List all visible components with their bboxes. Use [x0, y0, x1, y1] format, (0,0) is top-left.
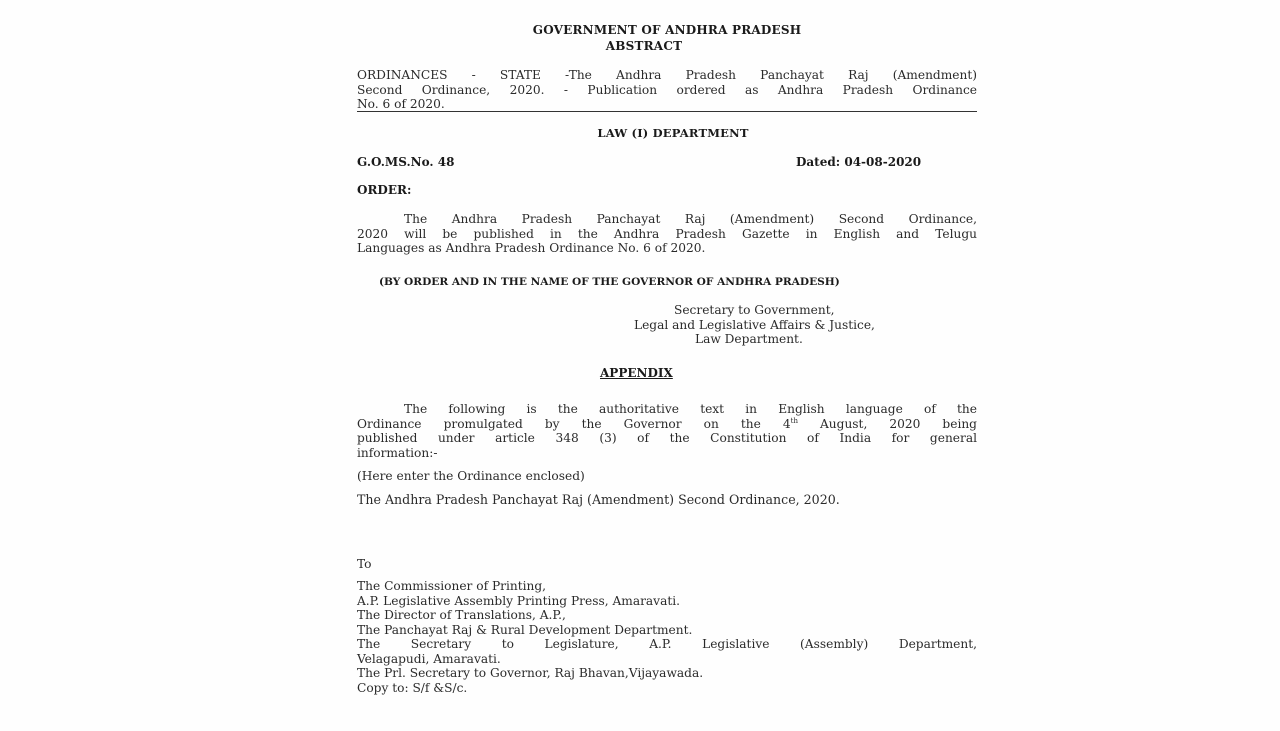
- appendix-paragraph: The following is the authoritative text …: [357, 402, 977, 460]
- government-heading: GOVERNMENT OF ANDHRA PRADESH: [357, 23, 977, 37]
- go-number: G.O.MS.No. 48: [357, 155, 454, 169]
- appendix-line: information:-: [357, 446, 977, 461]
- abstract-line: ORDINANCES - STATE -The Andhra Pradesh P…: [357, 68, 977, 83]
- to-label: To: [357, 557, 372, 572]
- recipient-list: The Commissioner of Printing, A.P. Legis…: [357, 579, 977, 695]
- appendix-line: Ordinance promulgated by the Governor on…: [357, 417, 977, 432]
- appendix-heading: APPENDIX: [600, 366, 673, 380]
- appendix-line: published under article 348 (3) of the C…: [357, 431, 977, 446]
- abstract-line: No. 6 of 2020.: [357, 97, 977, 112]
- order-line: 2020 will be published in the Andhra Pra…: [357, 227, 977, 242]
- appendix-line-part: August, 2020 being: [798, 417, 977, 431]
- recipient: Velagapudi, Amaravati.: [357, 652, 977, 667]
- go-date: Dated: 04-08-2020: [796, 155, 921, 169]
- signatory-line-1: Secretary to Government,: [674, 303, 835, 318]
- order-heading: ORDER:: [357, 183, 411, 197]
- order-line: The Andhra Pradesh Panchayat Raj (Amendm…: [357, 212, 977, 227]
- abstract-subject: ORDINANCES - STATE -The Andhra Pradesh P…: [357, 68, 977, 112]
- order-line: Languages as Andhra Pradesh Ordinance No…: [357, 241, 977, 256]
- order-paragraph: The Andhra Pradesh Panchayat Raj (Amendm…: [357, 212, 977, 256]
- ordinance-title: The Andhra Pradesh Panchayat Raj (Amendm…: [357, 493, 840, 508]
- abstract-line: Second Ordinance, 2020. - Publication or…: [357, 83, 977, 98]
- recipient: A.P. Legislative Assembly Printing Press…: [357, 594, 977, 609]
- recipient: The Panchayat Raj & Rural Development De…: [357, 623, 977, 638]
- by-order-statement: (BY ORDER AND IN THE NAME OF THE GOVERNO…: [379, 276, 840, 288]
- horizontal-rule: [357, 111, 977, 112]
- copy-to: Copy to: S/f &S/c.: [357, 681, 977, 696]
- appendix-line: The following is the authoritative text …: [357, 402, 977, 417]
- ordinal-suffix: th: [791, 417, 798, 425]
- recipient: The Secretary to Legislature, A.P. Legis…: [357, 637, 977, 652]
- signatory-line-3: Law Department.: [695, 332, 803, 347]
- signatory-line-2: Legal and Legislative Affairs & Justice,: [634, 318, 875, 333]
- department-heading: LAW (I) DEPARTMENT: [363, 126, 983, 140]
- recipient: The Director of Translations, A.P.,: [357, 608, 977, 623]
- appendix-line-part: Ordinance promulgated by the Governor on…: [357, 417, 791, 431]
- enclosure-note: (Here enter the Ordinance enclosed): [357, 469, 585, 484]
- recipient: The Prl. Secretary to Governor, Raj Bhav…: [357, 666, 977, 681]
- abstract-heading: ABSTRACT: [334, 39, 954, 53]
- recipient: The Commissioner of Printing,: [357, 579, 977, 594]
